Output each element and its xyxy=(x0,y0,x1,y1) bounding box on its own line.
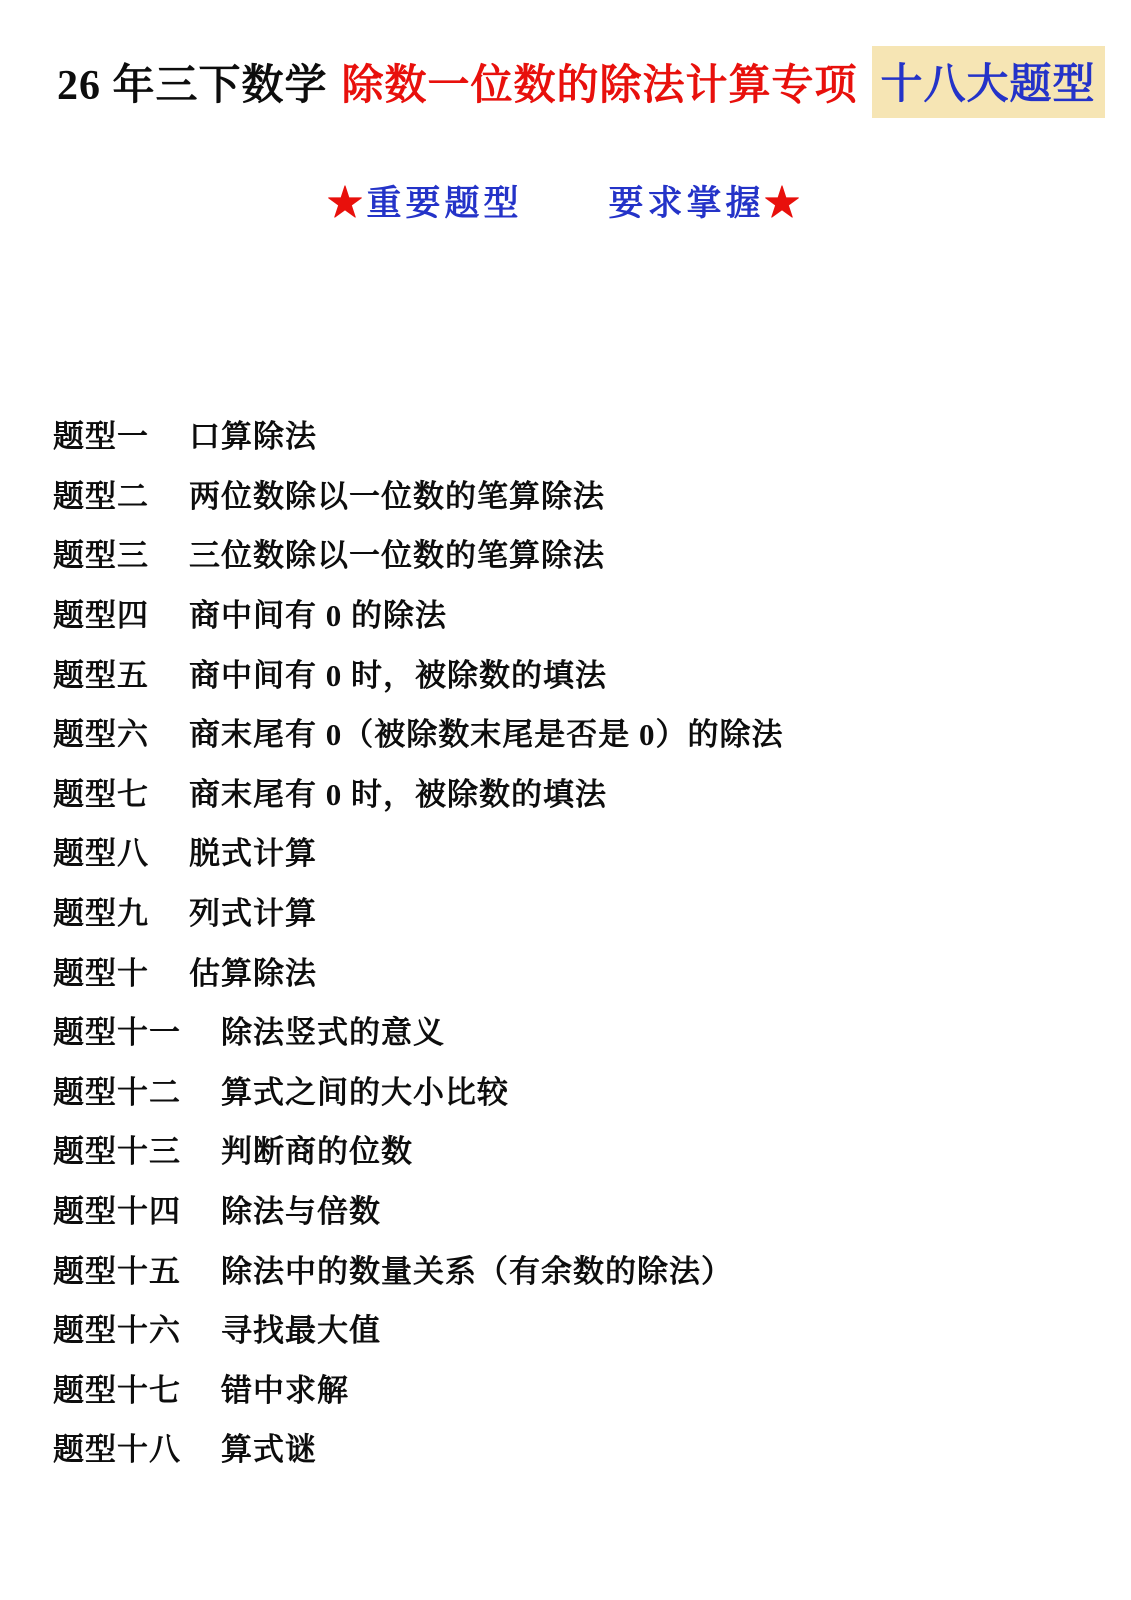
toc-item-text: 除法与倍数 xyxy=(221,1186,381,1231)
toc-item-label: 题型十二 xyxy=(53,1067,181,1112)
toc-item-text: 口算除法 xyxy=(189,411,317,456)
toc-item-label: 题型七 xyxy=(53,769,149,814)
toc-item: 题型八 脱式计算 xyxy=(53,821,1101,881)
title-topic-label: 除数一位数的除法计算专项 xyxy=(342,52,858,112)
toc-item-label: 题型十五 xyxy=(53,1246,181,1291)
toc-item-text: 两位数除以一位数的笔算除法 xyxy=(189,471,605,516)
subtitle-left-text: 重要题型 xyxy=(366,184,522,223)
page-title: 26 年三下数学 除数一位数的除法计算专项 十八大题型 xyxy=(57,46,1105,118)
toc-item-text: 估算除法 xyxy=(189,948,317,993)
toc-item-label: 题型五 xyxy=(53,650,149,695)
toc-item-label: 题型八 xyxy=(53,828,149,873)
toc-item-text: 商末尾有 0（被除数末尾是否是 0）的除法 xyxy=(189,709,784,754)
toc-item: 题型七 商末尾有 0 时，被除数的填法 xyxy=(53,762,1101,822)
toc-item-text: 除法竖式的意义 xyxy=(221,1007,445,1052)
toc-item-text: 错中求解 xyxy=(221,1365,349,1410)
toc-item-text: 三位数除以一位数的笔算除法 xyxy=(189,530,605,575)
subtitle-right-text: 要求掌握 xyxy=(609,184,765,223)
toc-item-label: 题型十八 xyxy=(53,1424,181,1469)
toc-item: 题型十八 算式谜 xyxy=(53,1417,1101,1477)
toc-item: 题型十 估算除法 xyxy=(53,940,1101,1000)
star-icon: ★ xyxy=(327,184,366,223)
star-icon: ★ xyxy=(765,184,804,223)
toc-item: 题型十三 判断商的位数 xyxy=(53,1119,1101,1179)
toc-item: 题型一 口算除法 xyxy=(53,404,1101,464)
toc-item-text: 判断商的位数 xyxy=(221,1126,413,1171)
toc-item-text: 寻找最大值 xyxy=(221,1305,381,1350)
toc-item-text: 列式计算 xyxy=(189,888,317,933)
toc-item-label: 题型三 xyxy=(53,530,149,575)
title-badge-highlight: 十八大题型 xyxy=(872,46,1105,118)
toc-item: 题型十六 寻找最大值 xyxy=(53,1298,1101,1358)
toc-item: 题型十四 除法与倍数 xyxy=(53,1179,1101,1239)
toc-item: 题型十二 算式之间的大小比较 xyxy=(53,1060,1101,1120)
toc-item: 题型二 两位数除以一位数的笔算除法 xyxy=(53,464,1101,524)
subtitle: ★重要题型要求掌握★ xyxy=(0,176,1131,226)
toc-item-label: 题型二 xyxy=(53,471,149,516)
title-course-label: 26 年三下数学 xyxy=(57,52,328,112)
toc-item-text: 商末尾有 0 时，被除数的填法 xyxy=(189,769,607,814)
toc-item: 题型十五 除法中的数量关系（有余数的除法） xyxy=(53,1238,1101,1298)
toc-item-label: 题型十一 xyxy=(53,1007,181,1052)
toc-item-label: 题型十七 xyxy=(53,1365,181,1410)
toc-item: 题型四 商中间有 0 的除法 xyxy=(53,583,1101,643)
toc-item-text: 算式谜 xyxy=(221,1424,317,1469)
toc-item-label: 题型四 xyxy=(53,590,149,635)
toc-item: 题型六 商末尾有 0（被除数末尾是否是 0）的除法 xyxy=(53,702,1101,762)
toc-item-text: 算式之间的大小比较 xyxy=(221,1067,509,1112)
toc-item-label: 题型六 xyxy=(53,709,149,754)
toc-list: 题型一 口算除法 题型二 两位数除以一位数的笔算除法 题型三 三位数除以一位数的… xyxy=(53,404,1101,1477)
toc-item-text: 除法中的数量关系（有余数的除法） xyxy=(221,1246,733,1291)
toc-item: 题型十七 错中求解 xyxy=(53,1358,1101,1418)
toc-item-label: 题型十三 xyxy=(53,1126,181,1171)
worksheet-page: 26 年三下数学 除数一位数的除法计算专项 十八大题型 ★重要题型要求掌握★ 题… xyxy=(0,0,1131,1600)
toc-item-text: 商中间有 0 的除法 xyxy=(189,590,447,635)
toc-item: 题型三 三位数除以一位数的笔算除法 xyxy=(53,523,1101,583)
toc-item-text: 商中间有 0 时，被除数的填法 xyxy=(189,650,607,695)
toc-item: 题型五 商中间有 0 时，被除数的填法 xyxy=(53,642,1101,702)
toc-item: 题型九 列式计算 xyxy=(53,881,1101,941)
toc-item-label: 题型九 xyxy=(53,888,149,933)
toc-item-label: 题型十四 xyxy=(53,1186,181,1231)
toc-item: 题型十一 除法竖式的意义 xyxy=(53,1000,1101,1060)
toc-item-label: 题型一 xyxy=(53,411,149,456)
toc-item-label: 题型十六 xyxy=(53,1305,181,1350)
toc-item-label: 题型十 xyxy=(53,948,149,993)
toc-item-text: 脱式计算 xyxy=(189,828,317,873)
